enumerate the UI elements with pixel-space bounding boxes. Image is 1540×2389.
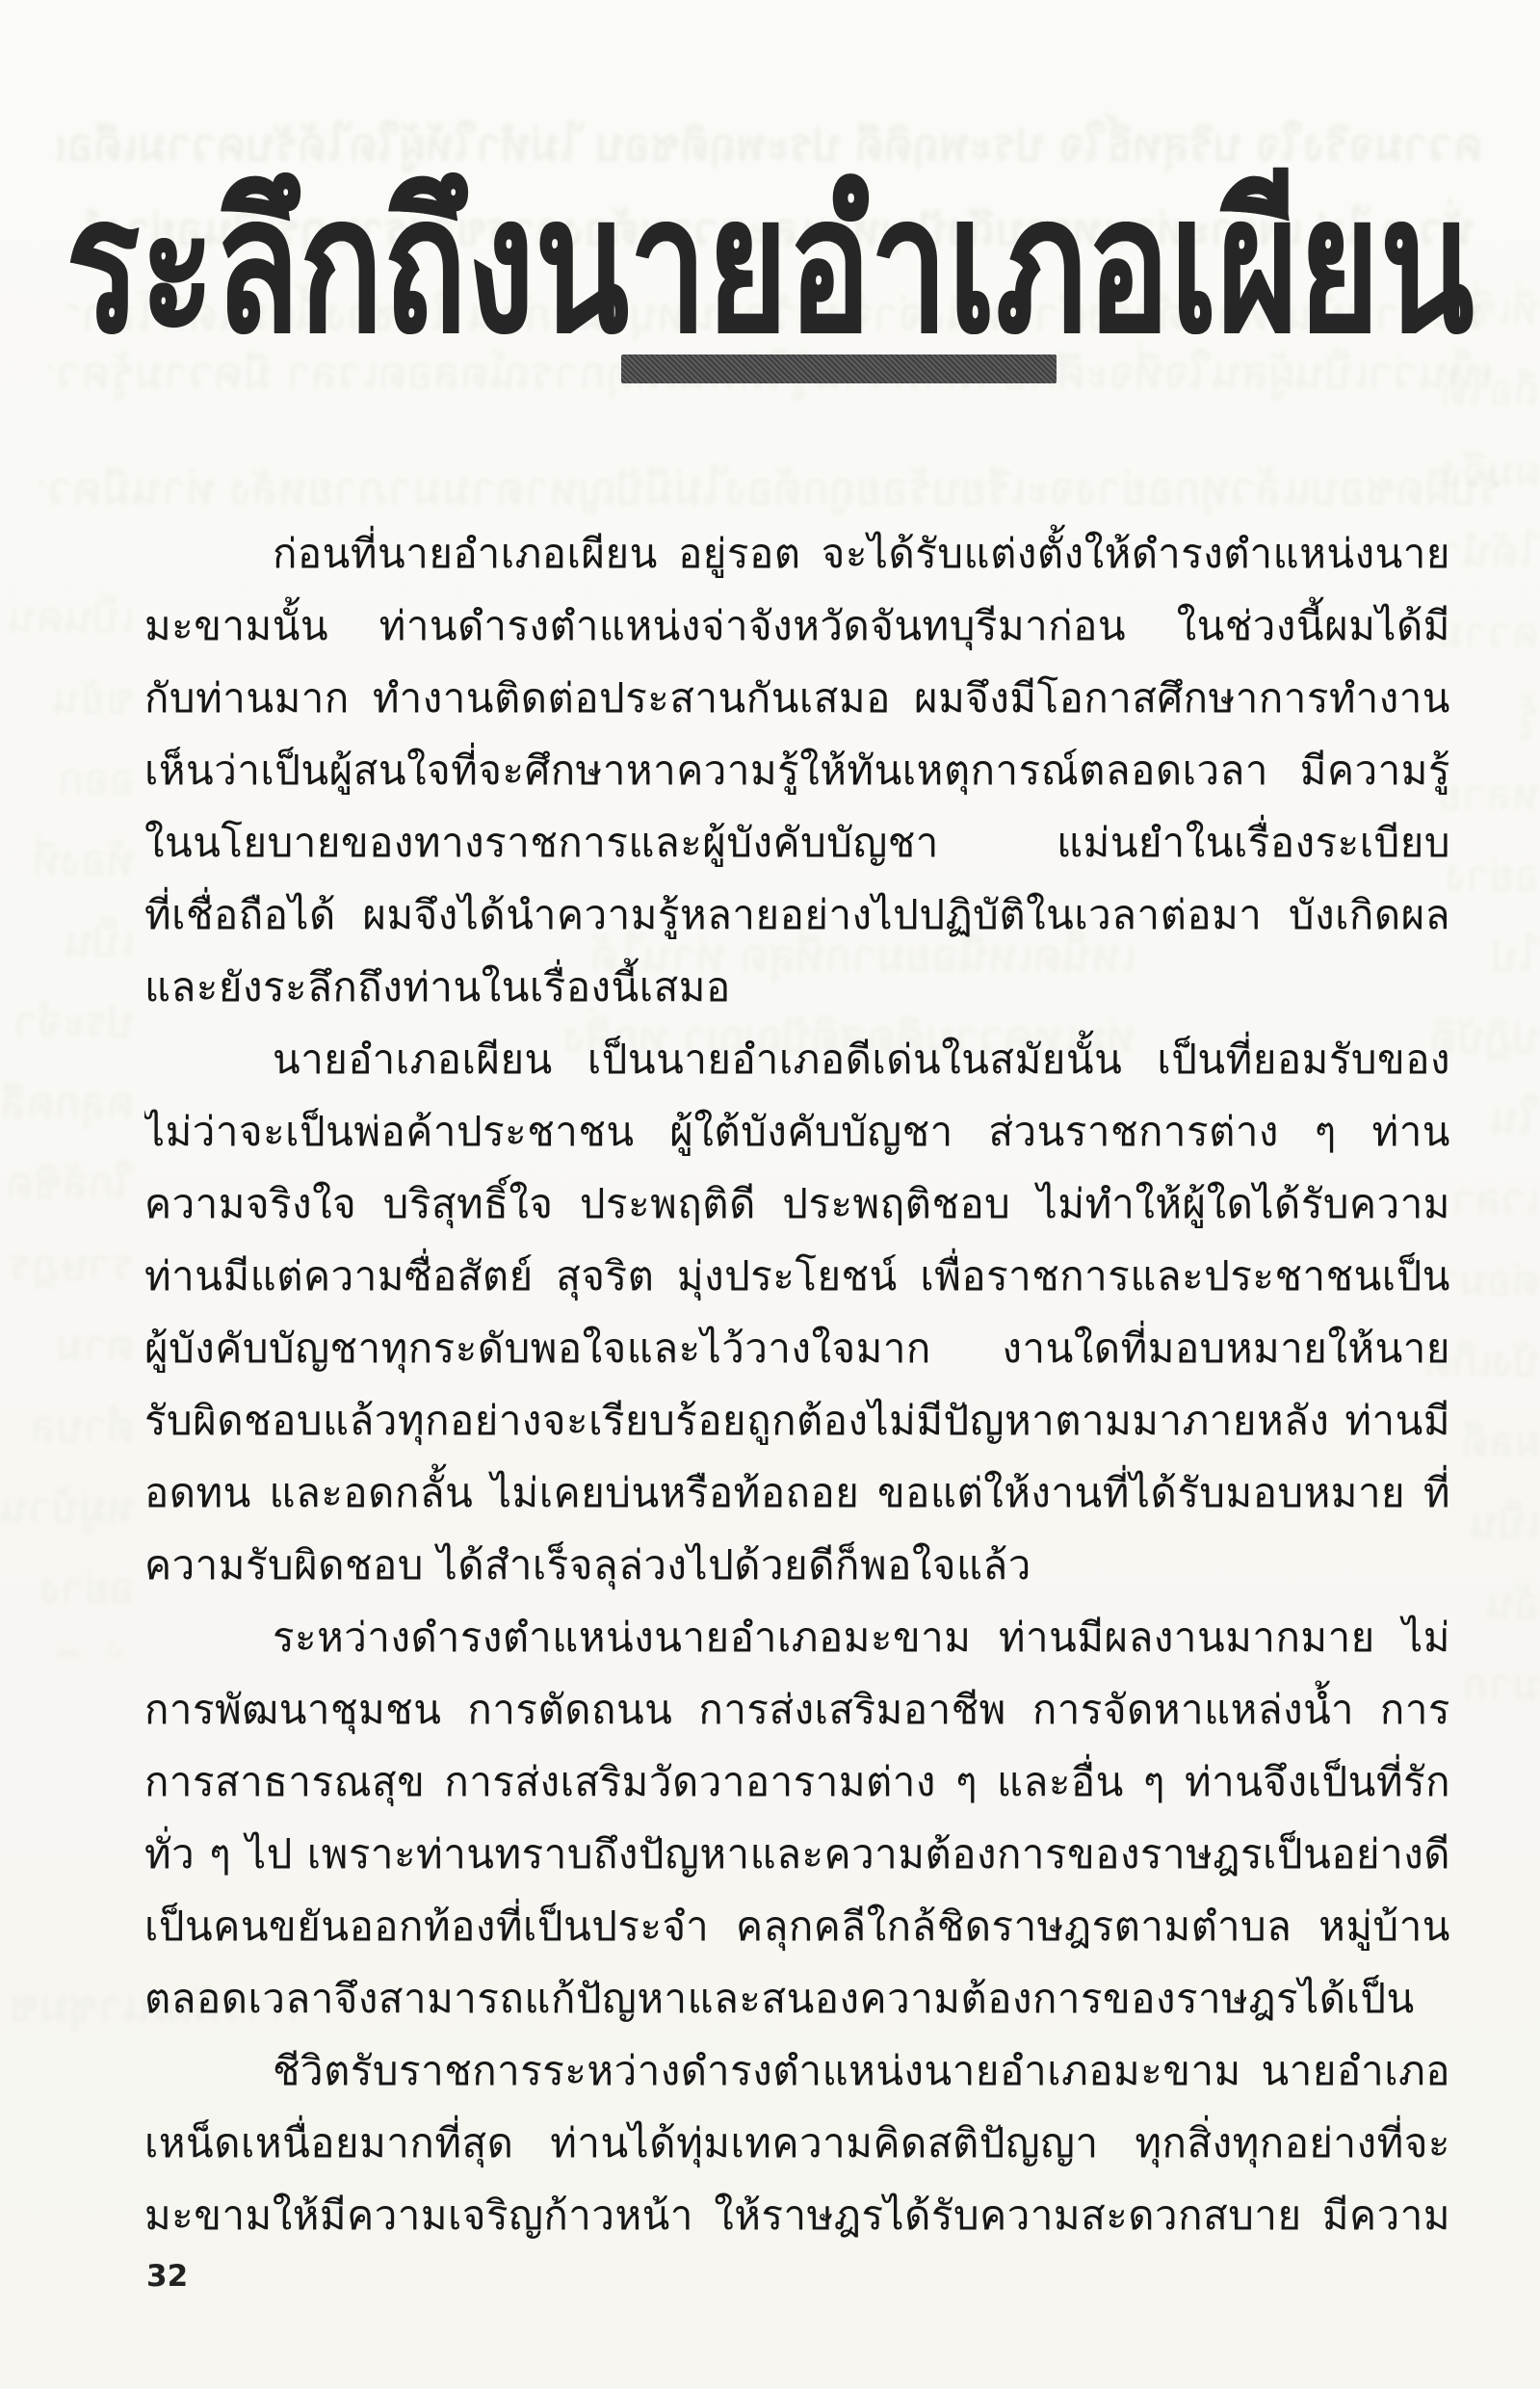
paragraph: ก่อนที่นายอำเภอเผียน อยู่รอต จะได้รับแต่… <box>144 517 1450 1023</box>
text-line: ทั่ว ๆ ไป เพราะท่านทราบถึงปัญหาและความต้… <box>144 1818 1450 1890</box>
text-line: การพัฒนาชุมชน การตัดถนน การส่งเสริมอาชีพ… <box>144 1673 1450 1746</box>
text-line: นายอำเภอเผียน เป็นนายอำเภอดีเด่นในสมัยนั… <box>144 1023 1450 1095</box>
text-line: ชีวิตรับราชการระหว่างดำรงตำแหน่งนายอำเภอ… <box>144 2035 1450 2107</box>
text-line: ท่านมีแต่ความซื่อสัตย์ สุจริต มุ่งประโยช… <box>144 1240 1450 1312</box>
text-line: ความจริงใจ บริสุทธิ์ใจ ประพฤติดี ประพฤติ… <box>144 1168 1450 1240</box>
text-line: ตลอดเวลาจึงสามารถแก้ปัญหาและสนองความต้อง… <box>144 1962 1450 2035</box>
title-underline-bar <box>621 354 1057 383</box>
text-line: ก่อนที่นายอำเภอเผียน อยู่รอต จะได้รับแต่… <box>144 517 1450 590</box>
text-line: ไม่ว่าจะเป็นพ่อค้าประชาชน ผู้ใต้บังคับบั… <box>144 1095 1450 1168</box>
text-line: ในนโยบายของทางราชการและผู้บังคับบัญชา แม… <box>144 806 1450 879</box>
text-line: การสาธารณสุข การส่งเสริมวัดวาอารามต่าง ๆ… <box>144 1746 1450 1818</box>
text-line: รับผิดชอบแล้วทุกอย่างจะเรียบร้อยถูกต้องไ… <box>144 1384 1450 1457</box>
text-line: กับท่านมาก ทำงานติดต่อประสานกันเสมอ ผมจึ… <box>144 662 1450 734</box>
bleedthrough-text: เป็นคนขยันออกท้องที่เป็นประจำ คลุกคลีใกล… <box>0 578 135 1657</box>
text-line: ระหว่างดำรงตำแหน่งนายอำเภอมะขาม ท่านมีผล… <box>144 1601 1450 1673</box>
text-line: มะขามให้มีความเจริญก้าวหน้า ให้ราษฎรได้ร… <box>144 2179 1450 2251</box>
page-number: 32 <box>146 2259 188 2294</box>
text-line: ผู้บังคับบัญชาทุกระดับพอใจและไว้วางใจมาก… <box>144 1312 1450 1384</box>
text-line: เหน็ดเหนื่อยมากที่สุด ท่านได้ทุ่มเทความค… <box>144 2107 1450 2179</box>
scanned-book-page: ความจริงใจ บริสุทธิ์ใจ ประพฤติดี ประพฤติ… <box>0 0 1540 2389</box>
bleedthrough-text: รับผิดชอบแล้วทุกอย่างจะเรียบร้อยถูกต้องไ… <box>39 448 1502 525</box>
text-line: และยังระลึกถึงท่านในเรื่องนี้เสมอ <box>144 951 1450 1023</box>
text-line: เป็นคนขยันออกท้องที่เป็นประจำ คลุกคลีใกล… <box>144 1890 1450 1962</box>
paragraph: ชีวิตรับราชการระหว่างดำรงตำแหน่งนายอำเภอ… <box>144 2035 1450 2251</box>
text-line: เห็นว่าเป็นผู้สนใจที่จะศึกษาหาความรู้ให้… <box>144 734 1450 806</box>
text-line: ที่เชื่อถือได้ ผมจึงได้นำความรู้หลายอย่า… <box>144 879 1450 951</box>
paragraph: ระหว่างดำรงตำแหน่งนายอำเภอมะขาม ท่านมีผล… <box>144 1601 1450 2035</box>
article-body: ก่อนที่นายอำเภอเผียน อยู่รอต จะได้รับแต่… <box>144 517 1450 2251</box>
text-line: อดทน และอดกลั้น ไม่เคยบ่นหรือท้อถอย ขอแต… <box>144 1457 1450 1529</box>
paragraph: นายอำเภอเผียน เป็นนายอำเภอดีเด่นในสมัยนั… <box>144 1023 1450 1601</box>
text-line: มะขามนั้น ท่านดำรงตำแหน่งจ่าจังหวัดจันทบ… <box>144 590 1450 662</box>
text-line: ความรับผิดชอบ ได้สำเร็จลุล่วงไปด้วยดีก็พ… <box>144 1529 1450 1601</box>
